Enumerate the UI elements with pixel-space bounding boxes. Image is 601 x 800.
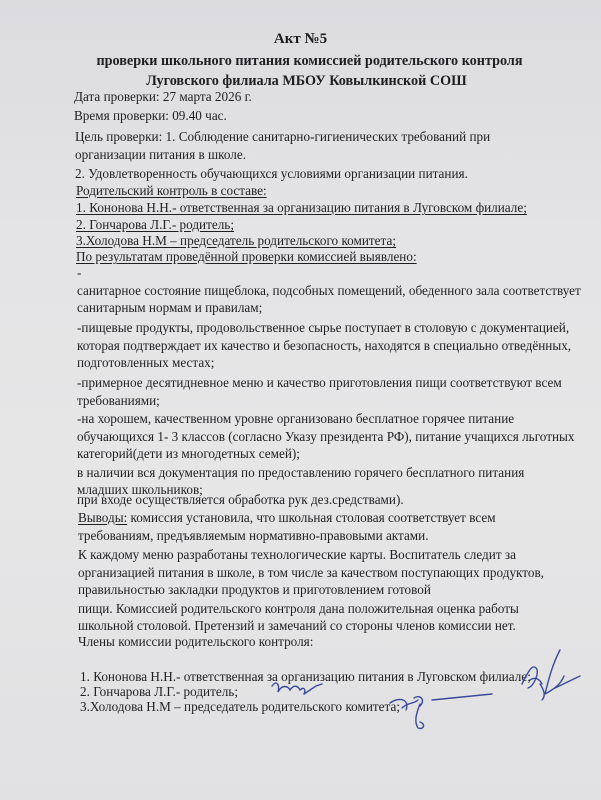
signature-marks-icon <box>0 0 601 800</box>
document-page: Акт №5 проверки школьного питания комисс… <box>0 0 601 800</box>
